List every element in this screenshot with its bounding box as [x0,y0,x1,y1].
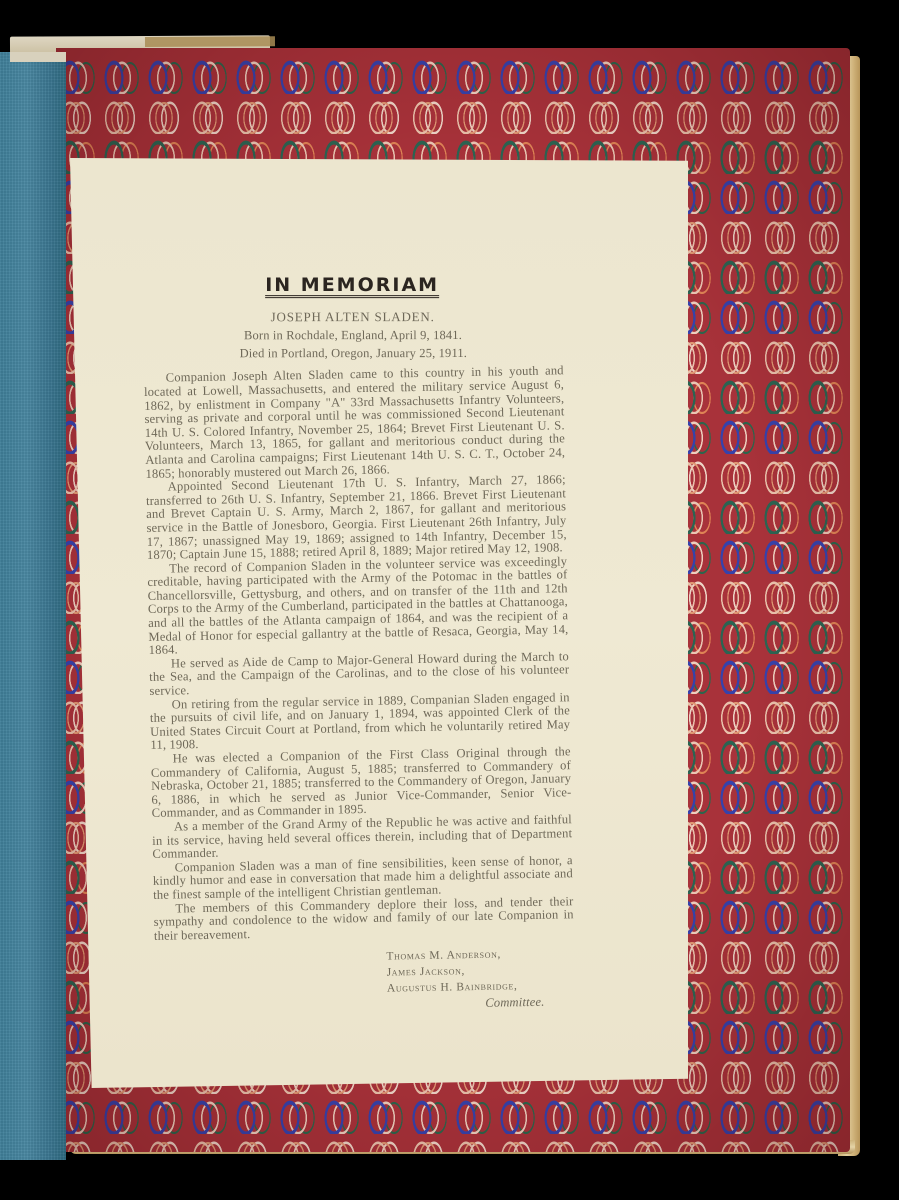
death-line: Died in Portland, Oregon, January 25, 19… [143,347,563,361]
memorial-card: IN MEMORIAM JOSEPH ALTEN SLADEN. Born in… [70,158,688,1088]
memorial-text: IN MEMORIAM JOSEPH ALTEN SLADEN. Born in… [142,275,575,1017]
signature-block: Thomas M. Anderson, James Jackson, Augus… [386,946,575,1013]
paragraph-commandery: He was elected a Companion of the First … [151,745,572,821]
paragraph-condolence: The members of this Commandery deplore t… [153,895,574,943]
book-photo: IN MEMORIAM JOSEPH ALTEN SLADEN. Born in… [0,0,899,1200]
paragraph-enlistment: Companion Joseph Alten Sladen came to th… [144,365,566,481]
spine-top-wear [10,52,66,62]
paragraph-regular-army: Appointed Second Lieutenant 17th U. S. I… [146,473,567,562]
cloth-spine [0,52,66,1160]
deceased-name: JOSEPH ALTEN SLADEN. [143,310,563,324]
paragraph-volunteer-record: The record of Companion Sladen in the vo… [147,555,569,658]
memorial-heading: IN MEMORIAM [142,279,562,298]
paragraph-civil-life: On retiring from the regular service in … [150,691,571,753]
committee-label: Committee. [485,993,575,1011]
birth-line: Born in Rochdale, England, April 9, 1841… [143,329,563,343]
